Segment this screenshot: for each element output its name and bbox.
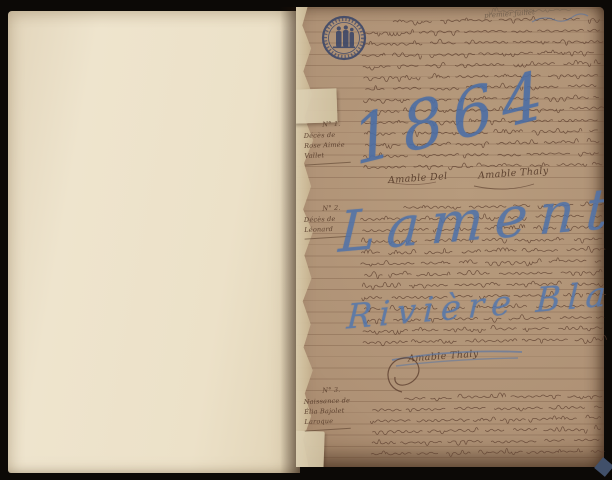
official-stamp-icon [314, 9, 378, 71]
blank-left-page [8, 11, 300, 473]
document-scan: premier juillet N° 1. Décès de Rose Aimé… [0, 0, 612, 480]
margin-note-line: Laroque [304, 415, 360, 427]
margin-note-3: N° 3. Naissance de Élia Bajolet Laroque [303, 384, 361, 431]
manuscript-page: premier juillet N° 1. Décès de Rose Aimé… [296, 7, 604, 467]
repair-tape-patch [296, 430, 325, 467]
act-number: N° 3. [303, 384, 359, 396]
margin-note-line: Vallet [304, 149, 360, 161]
